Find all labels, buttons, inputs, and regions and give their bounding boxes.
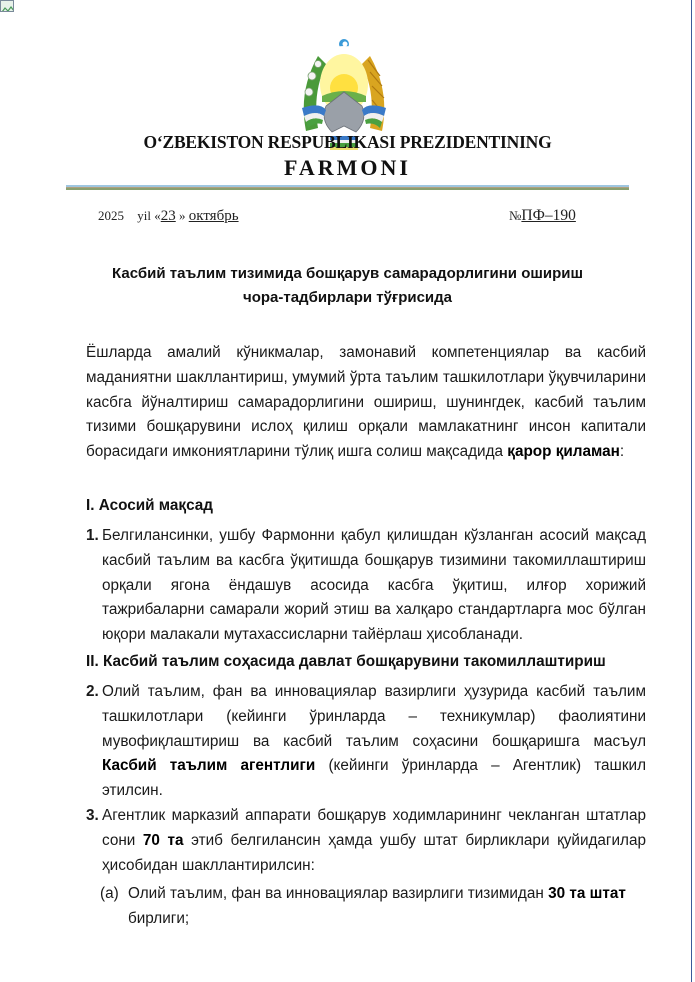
broken-image-icon: [0, 0, 14, 12]
date-yil-label: yil «: [137, 208, 160, 223]
item-number: 3.: [86, 804, 99, 829]
item-text: Агентлик марказий аппарати бошқарув ходи…: [86, 804, 646, 878]
item-text-after: этиб белгилансин ҳамда ушбу штат бирликл…: [102, 832, 646, 874]
item-text: Белгилансинки, ушбу Фармонни қабул қилиш…: [86, 524, 646, 648]
sub-item-a: (а) Олий таълим, фан ва инновациялар ваз…: [100, 882, 646, 932]
preamble-decision: қарор қиламан: [507, 443, 620, 460]
issuer-title: O‘ZBEKISTON RESPUBLIKASI PREZIDENTINING: [0, 132, 695, 153]
heading-line-1: Касбий таълим тизимида бошқарув самарадо…: [0, 262, 695, 286]
document-date: 2025 yil «23 » октябрь: [98, 208, 239, 225]
sub-bold-count: 30 та штат: [548, 885, 626, 902]
preamble-paragraph: Ёшларда амалий кўникмалар, замонавий ком…: [86, 341, 646, 465]
item-number: 2.: [86, 680, 99, 705]
document-heading: Касбий таълим тизимида бошқарув самарадо…: [0, 262, 695, 310]
doc-number-value: ПФ–190: [521, 207, 575, 224]
sub-item-text: Олий таълим, фан ва инновациялар вазирли…: [100, 882, 646, 932]
doc-number-prefix: №: [509, 208, 521, 223]
section-heading-1: I. Асосий мақсад: [86, 497, 213, 515]
sub-item-label: (а): [100, 882, 119, 907]
date-close-quote: »: [179, 208, 186, 223]
section-heading-2: II. Касбий таълим соҳасида давлат бошқар…: [86, 653, 606, 671]
date-day: 23: [161, 208, 176, 224]
document-number: №ПФ–190: [509, 207, 576, 225]
sub-text-before: Олий таълим, фан ва инновациялар вазирли…: [128, 885, 548, 902]
item-bold-count: 70 та: [143, 832, 184, 849]
sub-text-after: бирлиги;: [128, 910, 189, 927]
date-month: октябрь: [189, 208, 239, 224]
date-year: 2025: [98, 208, 124, 223]
item-number: 1.: [86, 524, 99, 549]
preamble-colon: :: [620, 443, 624, 460]
header-divider: [66, 185, 629, 190]
heading-line-2: чора-тадбирлари тўғрисида: [0, 286, 695, 310]
list-item-2: 2. Олий таълим, фан ва инновациялар вази…: [86, 680, 646, 804]
document-type: FARMONI: [0, 155, 695, 181]
item-bold-agency: Касбий таълим агентлиги: [102, 757, 315, 774]
list-item-3: 3. Агентлик марказий аппарати бошқарув х…: [86, 804, 646, 878]
list-item-1: 1. Белгилансинки, ушбу Фармонни қабул қи…: [86, 524, 646, 648]
item-text: Олий таълим, фан ва инновациялар вазирли…: [86, 680, 646, 804]
item-text-before: Олий таълим, фан ва инновациялар вазирли…: [102, 683, 646, 750]
